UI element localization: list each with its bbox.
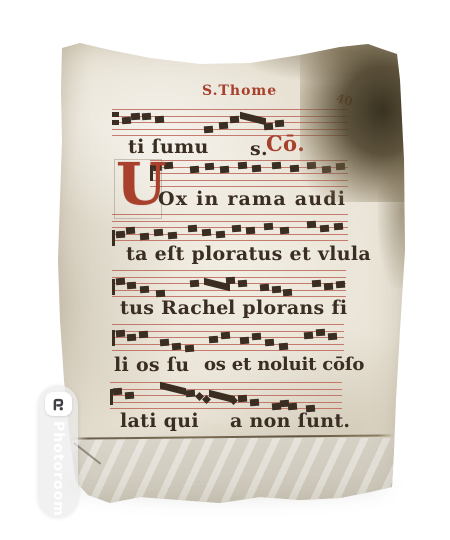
punctum-neume xyxy=(140,286,149,294)
staff-line xyxy=(110,382,342,383)
punctum-neume xyxy=(172,343,181,351)
chant-line-4b: l plorans fi xyxy=(228,298,347,318)
stroke-neume xyxy=(112,330,115,346)
staff-line xyxy=(150,180,348,181)
punctum-neume xyxy=(240,337,249,345)
punctum-neume xyxy=(230,116,239,124)
manuscript-parchment: S.Thome 40 U ti ſumu s. Cō. Ox in rama a… xyxy=(52,38,408,514)
staff-line xyxy=(110,389,342,390)
oblique-neume xyxy=(160,382,186,395)
punctum-neume xyxy=(290,165,299,173)
stroke-neume xyxy=(112,279,115,295)
punctum-neume xyxy=(142,113,151,121)
punctum-neume xyxy=(252,165,261,173)
photoroom-watermark: Photoroom xyxy=(38,385,78,517)
photoroom-logo-glyph xyxy=(50,396,67,413)
punctum-neume xyxy=(219,122,228,130)
chant-line-5a: li os ſu xyxy=(114,355,189,375)
punctum-neume xyxy=(220,166,229,174)
photoroom-logo-icon xyxy=(45,392,72,416)
chant-line-6a: lati qui xyxy=(120,411,199,431)
punctum-neume xyxy=(279,343,288,351)
staff-line xyxy=(112,324,344,325)
punctum-neume xyxy=(336,281,345,289)
punctum-neume xyxy=(265,339,274,347)
chant-line-4a: tus Rache xyxy=(120,298,229,318)
punctum-neume xyxy=(322,166,331,174)
punctum-neume xyxy=(264,123,273,131)
punctum-neume xyxy=(127,282,136,290)
punctum-neume xyxy=(324,283,333,291)
punctum-neume xyxy=(250,399,259,407)
punctum-neume xyxy=(252,333,261,341)
chant-line-5b: os et noluit cōſo xyxy=(204,355,364,375)
punctum-neume xyxy=(246,227,255,235)
staff-line xyxy=(112,270,346,271)
punctum-neume xyxy=(264,223,273,231)
diamond-neume xyxy=(229,396,238,405)
punctum-neume xyxy=(168,232,177,240)
punctum-neume xyxy=(126,227,135,235)
burn-stain-top xyxy=(242,38,408,82)
staff-line xyxy=(150,160,348,161)
oblique-neume xyxy=(240,112,266,125)
lower-margin xyxy=(52,438,408,514)
photo-background: { "page": { "header": "S.Thome", "folio_… xyxy=(0,0,450,540)
punctum-neume xyxy=(221,332,230,340)
punctum-neume xyxy=(116,278,125,286)
staff-line xyxy=(112,350,344,351)
staff xyxy=(110,382,342,409)
punctum-neume xyxy=(190,280,199,288)
punctum-neume xyxy=(154,229,163,237)
folio-number: 40 xyxy=(335,91,355,109)
punctum-neume xyxy=(131,113,140,121)
punctum-neume xyxy=(185,345,194,353)
staff-line xyxy=(150,173,348,174)
punctum-neume xyxy=(304,332,313,340)
chant-line-1: ti ſumu xyxy=(128,137,209,157)
staff xyxy=(150,160,348,187)
punctum-neume xyxy=(216,231,225,239)
clef xyxy=(112,112,119,130)
burn-stain-edge xyxy=(378,158,408,288)
staff xyxy=(112,270,346,297)
punctum-neume xyxy=(283,289,292,297)
punctum-neume xyxy=(238,162,247,170)
punctum-neume xyxy=(188,225,197,233)
communio-rubric: Cō. xyxy=(266,134,305,154)
punctum-neume xyxy=(122,117,131,125)
staff-line xyxy=(150,186,348,187)
punctum-neume xyxy=(116,231,125,239)
punctum-neume xyxy=(209,336,218,344)
punctum-neume xyxy=(336,163,345,171)
staff xyxy=(112,324,344,351)
staff xyxy=(112,109,348,136)
punctum-neume xyxy=(334,223,343,231)
punctum-neume xyxy=(139,331,148,339)
chant-line-6b: a non ſunt. xyxy=(230,411,350,431)
staff-line xyxy=(112,240,348,241)
punctum-neume xyxy=(275,120,284,128)
punctum-neume xyxy=(328,333,337,341)
punctum-neume xyxy=(272,286,281,294)
punctum-neume xyxy=(125,392,134,400)
dirt-specks xyxy=(230,55,233,58)
punctum-neume xyxy=(272,162,281,170)
chant-line-2: Ox in rama audi xyxy=(158,189,346,209)
punctum-neume xyxy=(140,233,149,241)
punctum-neume xyxy=(116,330,125,338)
punctum-neume xyxy=(307,162,316,170)
punctum-neume xyxy=(238,395,247,403)
punctum-neume xyxy=(312,280,321,288)
punctum-neume xyxy=(204,126,213,134)
punctum-neume xyxy=(307,221,316,229)
staff-line xyxy=(112,344,344,345)
punctum-neume xyxy=(280,227,289,235)
photoroom-wordmark: Photoroom xyxy=(50,421,66,517)
staff-line xyxy=(110,402,342,403)
punctum-neume xyxy=(260,284,269,292)
punctum-neume xyxy=(127,334,136,342)
page-header-rubric: S.Thome xyxy=(202,83,277,99)
chant-line-3: ta eſt ploratus et vlula xyxy=(126,244,371,264)
punctum-neume xyxy=(232,225,241,233)
punctum-neume xyxy=(113,388,122,396)
punctum-neume xyxy=(155,116,164,124)
punctum-neume xyxy=(226,277,235,285)
staff-line xyxy=(112,129,348,130)
punctum-neume xyxy=(205,163,214,171)
staff-line xyxy=(112,109,348,110)
stroke-neume xyxy=(112,230,115,246)
staff-line xyxy=(150,167,348,168)
punctum-neume xyxy=(316,329,325,337)
punctum-neume xyxy=(320,225,329,233)
punctum-neume xyxy=(190,166,199,174)
punctum-neume xyxy=(160,339,169,347)
punctum-neume xyxy=(238,280,247,288)
punctum-neume xyxy=(202,229,211,237)
